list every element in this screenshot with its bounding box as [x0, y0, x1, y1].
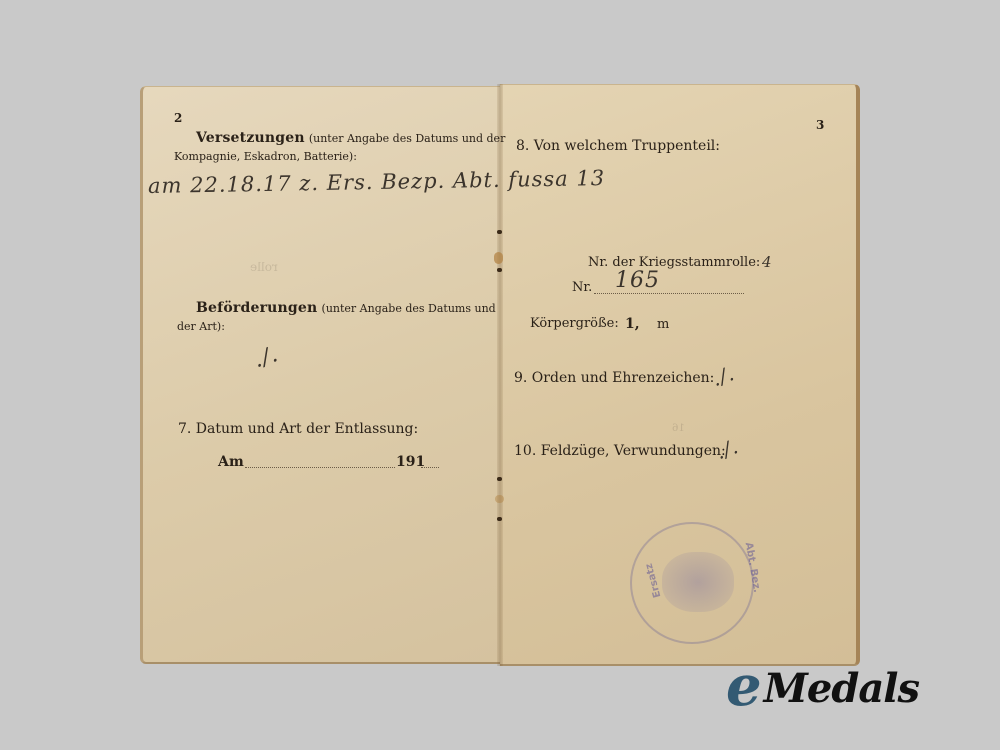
height-value: 1,	[625, 316, 640, 332]
binding-stitch	[497, 230, 502, 234]
emedals-logo: e Medals	[726, 660, 919, 712]
promotions-heading-line: Beförderungen (unter Angabe des Datums u…	[196, 300, 496, 316]
logo-e: e	[726, 660, 762, 712]
page-number-right: 3	[816, 118, 824, 132]
discharge-am-label: Am	[218, 454, 244, 470]
height-unit: m	[657, 317, 669, 332]
unit-label: 8. Von welchem Truppenteil:	[516, 138, 720, 154]
war-roll-label: Nr. der Kriegsstammrolle:	[588, 255, 760, 270]
war-roll-nr-label: Nr.	[572, 280, 592, 295]
decorations-label: 9. Orden und Ehrenzeichen:	[514, 370, 714, 386]
discharge-date-field	[245, 467, 395, 468]
war-roll-mark: 4	[762, 253, 773, 271]
bleed-through-number: 16	[672, 423, 685, 434]
rust-stain	[495, 495, 504, 503]
war-roll-nr-field	[594, 293, 744, 294]
page-number-left: 2	[174, 111, 182, 125]
transfers-subtext-1: (unter Angabe des Datums und der	[309, 132, 506, 145]
discharge-year-field	[421, 467, 439, 468]
binding-stitch	[497, 268, 502, 272]
binding-stitch	[497, 517, 502, 521]
logo-medals: Medals	[764, 666, 919, 712]
eagle-emblem-icon	[662, 552, 734, 612]
campaigns-label: 10. Feldzüge, Verwundungen:	[514, 443, 726, 459]
bleed-through-text: rolle	[250, 260, 278, 274]
transfers-subtext-2: Kompagnie, Eskadron, Batterie):	[174, 150, 357, 163]
promotions-subtext-1: (unter Angabe des Datums und	[322, 302, 496, 315]
binding-stitch	[497, 477, 502, 481]
promotions-subtext-2: der Art):	[177, 320, 225, 333]
bleed-through-text	[610, 135, 614, 149]
discharge-label: 7. Datum und Art der Entlassung:	[178, 421, 418, 437]
promotions-heading: Beförderungen	[196, 300, 317, 316]
transfers-heading: Versetzungen	[196, 130, 305, 146]
height-label: Körpergröße:	[530, 316, 619, 331]
rust-stain	[494, 252, 503, 264]
war-roll-nr-value: 165	[615, 268, 660, 293]
transfers-heading-line: Versetzungen (unter Angabe des Datums un…	[196, 130, 505, 146]
